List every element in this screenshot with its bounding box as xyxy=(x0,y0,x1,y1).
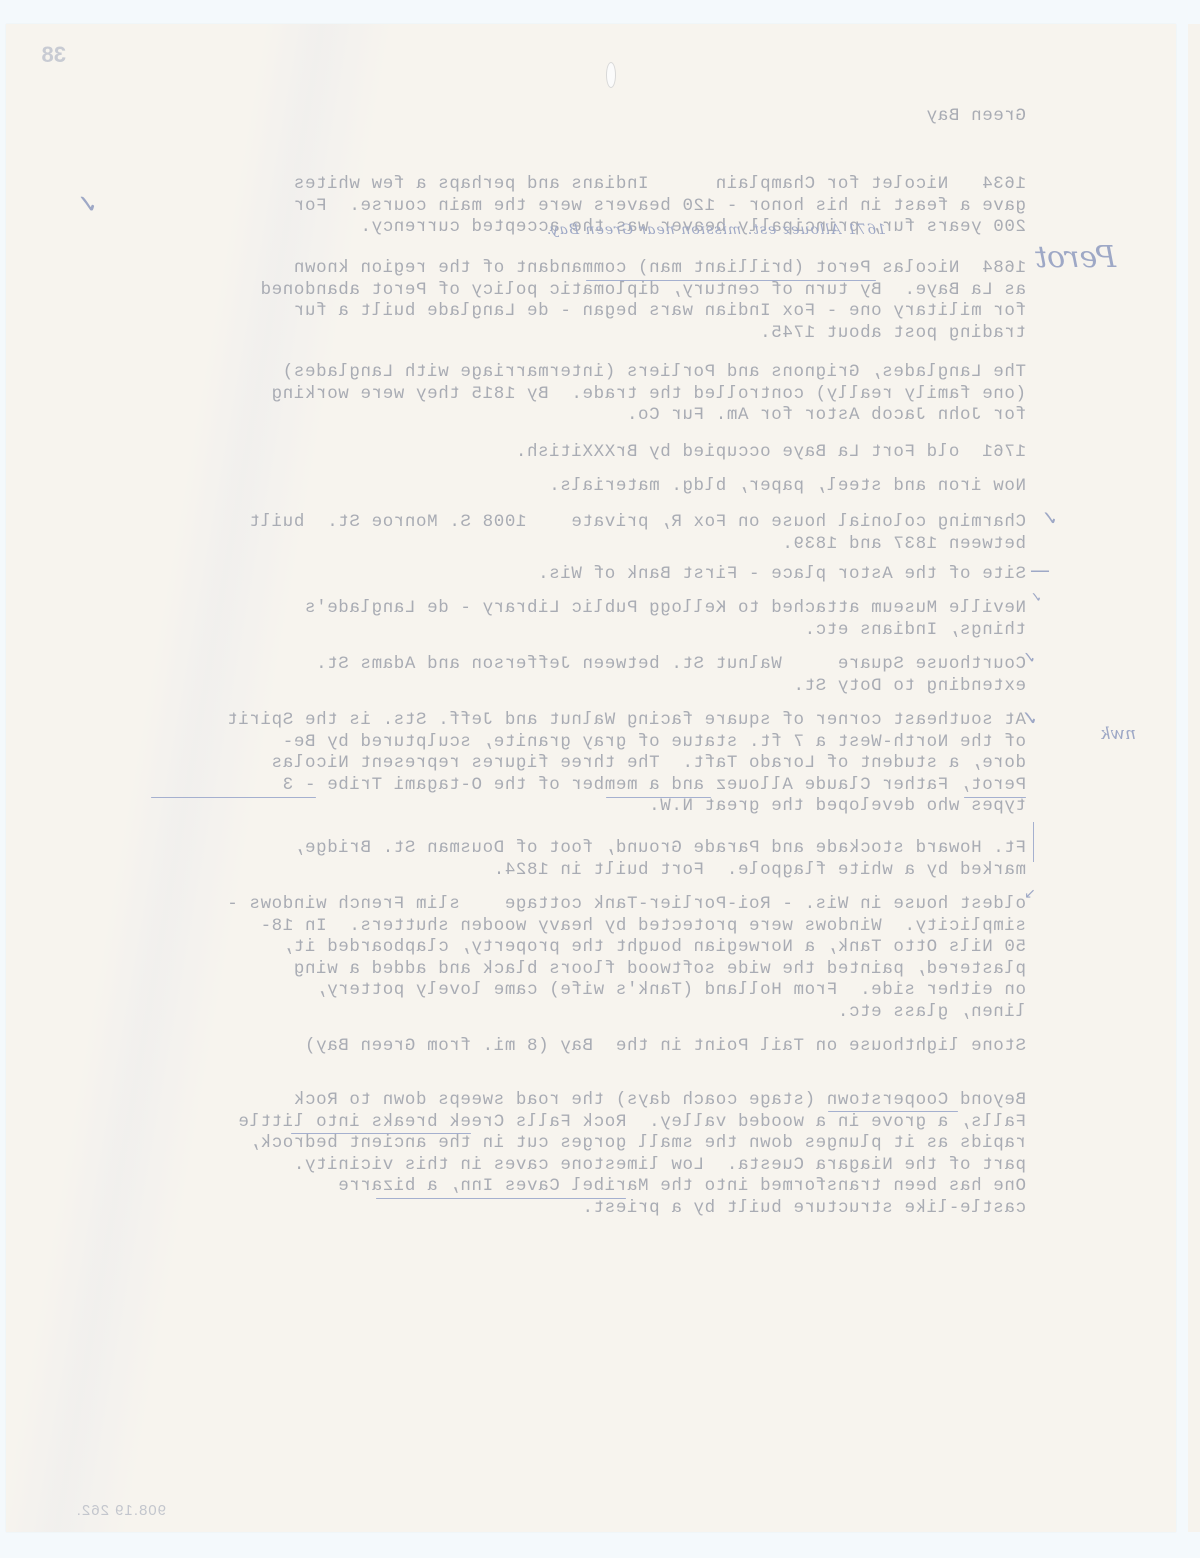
page-number: 38 xyxy=(42,42,66,68)
text-line: for John Jacob Astor for Am. Fur Co. xyxy=(271,405,1026,427)
margin-note-perot: Perot xyxy=(1035,240,1116,275)
underline-rock-falls-creek xyxy=(291,1133,471,1134)
text-line: marked by a white flagpole. Fort built i… xyxy=(293,860,1026,882)
text-line: part of the Niagara Cuesta. Low limeston… xyxy=(238,1155,1026,1177)
text-line: between 1837 and 1839. xyxy=(249,534,1026,556)
paragraph-neville-museum: Neville Museum attached to Kellogg Publi… xyxy=(304,598,1026,641)
text-line: At southeast corner of square facing Wal… xyxy=(227,710,1026,732)
check-mark-icon: ✓ xyxy=(1041,506,1058,530)
text-line: on either side. From Holland (Tank's wif… xyxy=(227,980,1026,1002)
paragraph-cooperstown: Beyond Cooperstown (stage coach days) th… xyxy=(238,1090,1026,1219)
text-line: for military one - Fox Indian wars began… xyxy=(260,301,1026,323)
paragraph-courthouse: Courthouse Square Walnut St. between Jef… xyxy=(315,654,1026,697)
text-line: rapids as it plunges down the small gorg… xyxy=(238,1133,1026,1155)
paragraph-langlades: The Langlades, Grignons and Porliers (in… xyxy=(271,362,1026,427)
text-line: Charming colonial house on Fox R, privat… xyxy=(249,512,1026,534)
mirrored-text-layer: 38 Green Bay 1634 Nicolet for Champlain … xyxy=(6,24,1176,1532)
text-line: simplicity. Windows were protected by he… xyxy=(227,916,1026,938)
text-line: Site of the Astor place - First Bank of … xyxy=(538,564,1026,586)
text-line: trading post about 1745. xyxy=(260,323,1026,345)
paragraph-oldest-house: oldest house in Wis. - Roi-Porlier-Tank … xyxy=(227,894,1026,1023)
paragraph-astor-place: Site of the Astor place - First Bank of … xyxy=(538,564,1026,586)
catalog-code: 908.19 262. xyxy=(76,1502,166,1519)
text-line: Courthouse Square Walnut St. between Jef… xyxy=(315,654,1026,676)
text-line: gave a feast in his honor - 120 beavers … xyxy=(293,196,1026,218)
adjacent-page-edge xyxy=(1188,24,1200,1532)
text-line: 1634 Nicolet for Champlain Indians and p… xyxy=(293,174,1026,196)
text-line: Now iron and steel, paper, bldg. materia… xyxy=(549,476,1026,498)
text-line: oldest house in Wis. - Roi-Porlier-Tank … xyxy=(227,894,1026,916)
text-line: castle-like structure built by a priest. xyxy=(238,1198,1026,1220)
text-line: as La Baye. By turn of century, diplomat… xyxy=(260,280,1026,302)
underline-perot xyxy=(964,797,1026,798)
text-line: things, Indians etc. xyxy=(304,620,1026,642)
underline-perot-region xyxy=(586,280,876,281)
paragraph-fort-la-baye: 1761 old Fort La Baye occupied by BrXXXi… xyxy=(515,442,1026,464)
text-line: Neville Museum attached to Kellogg Publi… xyxy=(304,598,1026,620)
text-line: Falls, a grove in a wooded valley. Rock … xyxy=(238,1112,1026,1134)
paragraph-ft-howard: Ft. Howard stockade and Parade Ground, f… xyxy=(293,838,1026,881)
text-line: types who developed the great N.W. xyxy=(227,796,1026,818)
paragraph-industry: Now iron and steel, paper, bldg. materia… xyxy=(549,476,1026,498)
paragraph-lighthouse: Stone lighthouse on Tail Point in the Ba… xyxy=(304,1036,1026,1058)
text-line: 1761 old Fort La Baye occupied by BrXXXi… xyxy=(515,442,1026,464)
arrow-mark-icon: ↘ xyxy=(1024,886,1036,902)
paragraph-perot: 1684 Nicolas Perot (brilliant man) comma… xyxy=(260,258,1026,344)
text-line: Stone lighthouse on Tail Point in the Ba… xyxy=(304,1036,1026,1058)
dash-mark-icon: — xyxy=(1030,558,1050,582)
text-line: plastered, painted the wide softwood flo… xyxy=(227,959,1026,981)
text-line: extending to Doty St. xyxy=(315,676,1026,698)
margin-note-container: Perot xyxy=(1035,240,1116,275)
scanned-page: 38 Green Bay 1634 Nicolet for Champlain … xyxy=(0,0,1200,1558)
text-line: Ft. Howard stockade and Parade Ground, f… xyxy=(293,838,1026,860)
underline-cooperstown xyxy=(828,1111,958,1112)
text-line: linen, glass etc. xyxy=(227,1002,1026,1024)
check-mark-icon: ✓ xyxy=(1030,590,1042,606)
text-line: The Langlades, Grignons and Porliers (in… xyxy=(271,362,1026,384)
text-line: (one family really) controlled the trade… xyxy=(271,384,1026,406)
check-mark-icon: ✓ xyxy=(1023,648,1036,667)
paragraph-spirit-statue: At southeast corner of square facing Wal… xyxy=(227,710,1026,818)
check-mark-icon: ✓ xyxy=(1021,706,1038,730)
check-mark-icon: ✓ xyxy=(76,190,98,220)
margin-bar-mark xyxy=(1033,822,1034,862)
text-line: 1684 Nicolas Perot (brilliant man) comma… xyxy=(260,258,1026,280)
paragraph-colonial-house: Charming colonial house on Fox R, privat… xyxy=(249,512,1026,555)
text-line: dore, a student of Lorado Taft. The thre… xyxy=(227,753,1026,775)
handwritten-insert: 1671 Allouez est. mission near Green Bay… xyxy=(546,222,886,238)
underline-allouez xyxy=(606,797,711,798)
text-line: Perot, Father Claude Allouez and a membe… xyxy=(227,775,1026,797)
punch-hole xyxy=(606,62,616,88)
text-line: One has been transformed into the Maribe… xyxy=(238,1176,1026,1198)
text-line: 50 Nils Otto Tank, a Norwegian bought th… xyxy=(227,937,1026,959)
section-heading: Green Bay xyxy=(926,106,1026,128)
text-line: Beyond Cooperstown (stage coach days) th… xyxy=(238,1090,1026,1112)
underline-maribel-caves-inn xyxy=(376,1198,626,1199)
underline-otagami-tribe xyxy=(151,797,316,798)
text-line: of the North-West a 7 ft. statue of gray… xyxy=(227,732,1026,754)
margin-note-nwk: nwk xyxy=(1100,724,1136,744)
